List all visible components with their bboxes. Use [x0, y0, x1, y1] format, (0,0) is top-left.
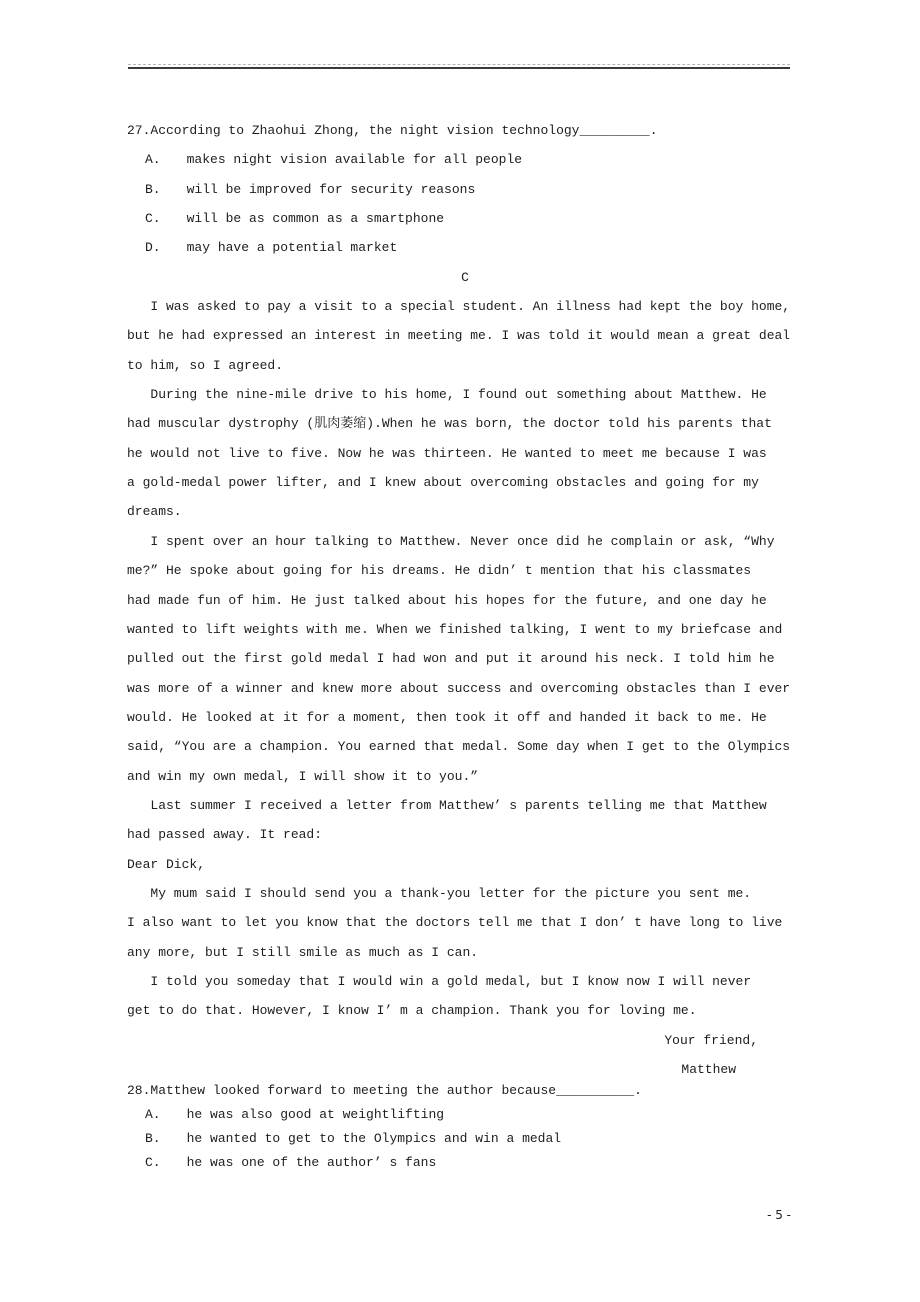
option-text: makes night vision available for all peo…: [187, 152, 522, 167]
passage-line: a gold-medal power lifter, and I knew ab…: [127, 468, 803, 497]
exam-page: 27.According to Zhaohui Zhong, the night…: [0, 0, 920, 1302]
letter-salutation: Dear Dick,: [127, 850, 803, 879]
letter-closing: Your friend,: [127, 1026, 803, 1055]
passage-section-label: C: [127, 263, 803, 292]
passage-line: had muscular dystrophy (肌肉萎缩).When he wa…: [127, 409, 803, 438]
passage-line: dreams.: [127, 497, 803, 526]
question-28-blank: __________: [556, 1083, 634, 1098]
option-text: will be improved for security reasons: [187, 182, 476, 197]
option-label: B.: [145, 182, 161, 197]
option-text: may have a potential market: [187, 240, 398, 255]
letter-line: any more, but I still smile as much as I…: [127, 938, 803, 967]
question-27-option-b: B.will be improved for security reasons: [127, 175, 803, 204]
passage-line: was more of a winner and knew more about…: [127, 674, 803, 703]
passage-line: pulled out the first gold medal I had wo…: [127, 644, 803, 673]
question-27-period: .: [650, 123, 658, 138]
option-text: he was one of the author’ s fans: [187, 1155, 437, 1170]
question-27-text: According to Zhaohui Zhong, the night vi…: [150, 123, 579, 138]
header-rule: [128, 67, 790, 69]
page-number: - 5 -: [767, 1208, 791, 1222]
question-28-period: .: [634, 1083, 642, 1098]
question-27-number: 27.: [127, 123, 150, 138]
passage-line: and win my own medal, I will show it to …: [127, 762, 803, 791]
passage-line: said, “You are a champion. You earned th…: [127, 732, 803, 761]
passage-line: he would not live to five. Now he was th…: [127, 439, 803, 468]
option-text: he wanted to get to the Olympics and win…: [187, 1131, 561, 1146]
question-28-option-a: A.he was also good at weightlifting: [127, 1103, 803, 1127]
passage-line: I spent over an hour talking to Matthew.…: [127, 527, 803, 556]
option-label: C.: [145, 1155, 161, 1170]
passage-line: had made fun of him. He just talked abou…: [127, 586, 803, 615]
option-label: A.: [145, 1107, 161, 1122]
passage-line: but he had expressed an interest in meet…: [127, 321, 803, 350]
question-28-option-b: B.he wanted to get to the Olympics and w…: [127, 1127, 803, 1151]
exam-content: 27.According to Zhaohui Zhong, the night…: [127, 116, 803, 1175]
option-label: C.: [145, 211, 161, 226]
question-27-stem: 27.According to Zhaohui Zhong, the night…: [127, 116, 803, 145]
option-label: D.: [145, 240, 161, 255]
option-label: A.: [145, 152, 161, 167]
question-28-number: 28.: [127, 1083, 150, 1098]
passage-line: Last summer I received a letter from Mat…: [127, 791, 803, 820]
letter-line: I also want to let you know that the doc…: [127, 908, 803, 937]
passage-line: to him, so I agreed.: [127, 351, 803, 380]
letter-line: get to do that. However, I know I’ m a c…: [127, 996, 803, 1025]
option-label: B.: [145, 1131, 161, 1146]
passage-line: I was asked to pay a visit to a special …: [127, 292, 803, 321]
passage-line: During the nine-mile drive to his home, …: [127, 380, 803, 409]
passage-line: me?” He spoke about going for his dreams…: [127, 556, 803, 585]
letter-line: I told you someday that I would win a go…: [127, 967, 803, 996]
passage-line: wanted to lift weights with me. When we …: [127, 615, 803, 644]
question-27-option-d: D.may have a potential market: [127, 233, 803, 262]
question-27-option-c: C.will be as common as a smartphone: [127, 204, 803, 233]
question-27-option-a: A.makes night vision available for all p…: [127, 145, 803, 174]
option-text: will be as common as a smartphone: [187, 211, 444, 226]
question-28-option-c: C.he was one of the author’ s fans: [127, 1151, 803, 1175]
question-28-text: Matthew looked forward to meeting the au…: [150, 1083, 556, 1098]
passage-line: would. He looked at it for a moment, the…: [127, 703, 803, 732]
option-text: he was also good at weightlifting: [187, 1107, 444, 1122]
letter-line: My mum said I should send you a thank-yo…: [127, 879, 803, 908]
passage-line: had passed away. It read:: [127, 820, 803, 849]
question-27-blank: _________: [579, 123, 649, 138]
question-28: 28.Matthew looked forward to meeting the…: [127, 1079, 803, 1175]
